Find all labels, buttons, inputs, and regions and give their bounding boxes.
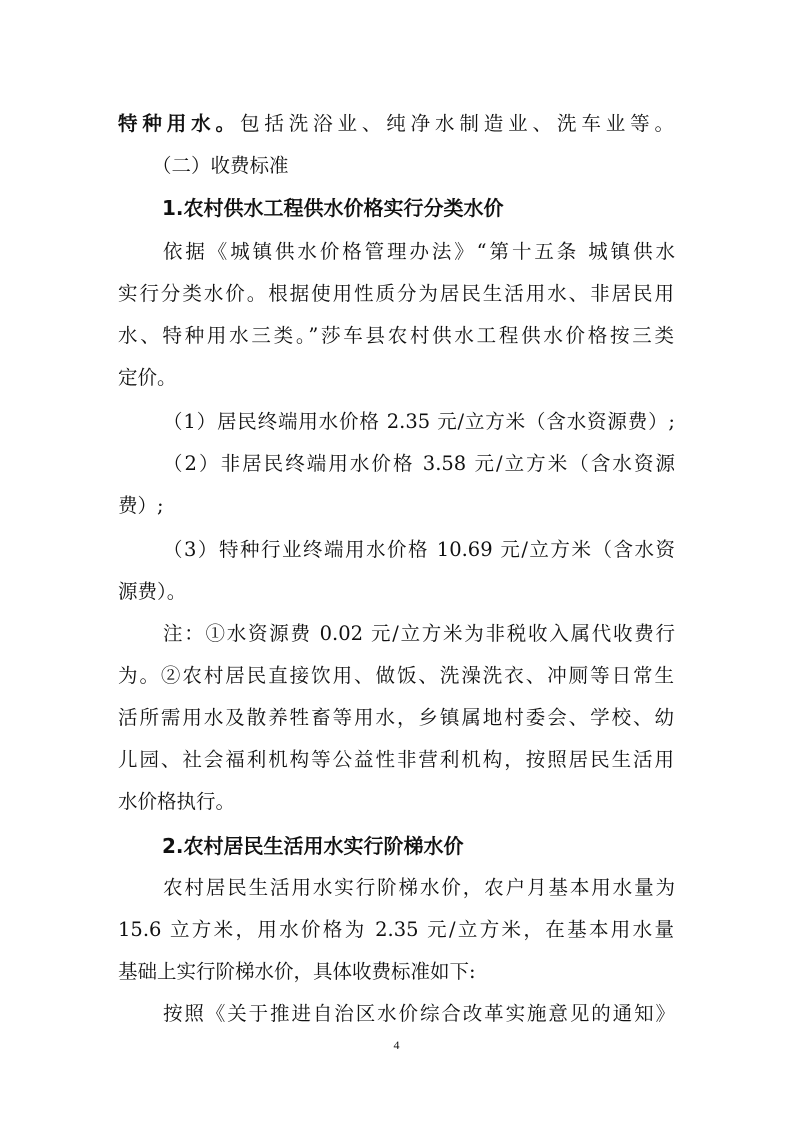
price-item-1: （1）居民终端用水价格 2.35 元/立方米（含水资源费）; — [163, 410, 675, 434]
subheading-1: 1.农村供水工程供水价格实行分类水价 — [162, 196, 504, 220]
paragraph-line: 按照《关于推进自治区水价综合改革实施意见的通知》 — [163, 1002, 675, 1026]
paragraph-line: 农村居民生活用水实行阶梯水价，农户月基本用水量为 — [163, 876, 675, 900]
paragraph-line: 水、特种用水三类。”莎车县农村供水工程供水价格按三类 — [118, 324, 674, 348]
page-number: 4 — [0, 1038, 793, 1053]
paragraph-line: 基础上实行阶梯水价，具体收费标准如下: — [118, 960, 476, 984]
price-item-2: （2）非居民终端用水价格 3.58 元/立方米（含水资源 — [163, 452, 675, 476]
note-line: 儿园、社会福利机构等公益性非营利机构，按照居民生活用 — [118, 748, 674, 772]
paragraph-line: 费）; — [118, 494, 164, 518]
paragraph-line: 依据《城镇供水价格管理办法》“第十五条 城镇供水 — [163, 240, 675, 264]
note-line: 活所需用水及散养牲畜等用水，乡镇属地村委会、学校、幼 — [118, 706, 674, 730]
paragraph-line: 源费）。 — [118, 580, 186, 604]
subheading-2: 2.农村居民生活用水实行阶梯水价 — [162, 834, 464, 858]
note-line: 注：①水资源费 0.02 元/立方米为非税收入属代收费行 — [163, 622, 675, 646]
note-line: 水价格执行。 — [118, 790, 235, 814]
section-heading-2: （二）收费标准 — [152, 154, 289, 178]
note-line: 为。②农村居民直接饮用、做饭、洗澡洗衣、冲厕等日常生 — [118, 664, 674, 688]
paragraph-line: 实行分类水价。根据使用性质分为居民生活用水、非居民用 — [118, 282, 674, 306]
paragraph-line: 15.6 立方米，用水价格为 2.35 元/立方米，在基本用水量 — [118, 918, 674, 942]
price-item-3: （3）特种行业终端用水价格 10.69 元/立方米（含水资 — [163, 538, 675, 562]
bold-term: 特种用水。 — [118, 112, 240, 135]
paragraph-line: 特种用水。包括洗浴业、纯净水制造业、洗车业等。 — [118, 112, 674, 136]
paragraph-line: 定价。 — [118, 366, 177, 390]
